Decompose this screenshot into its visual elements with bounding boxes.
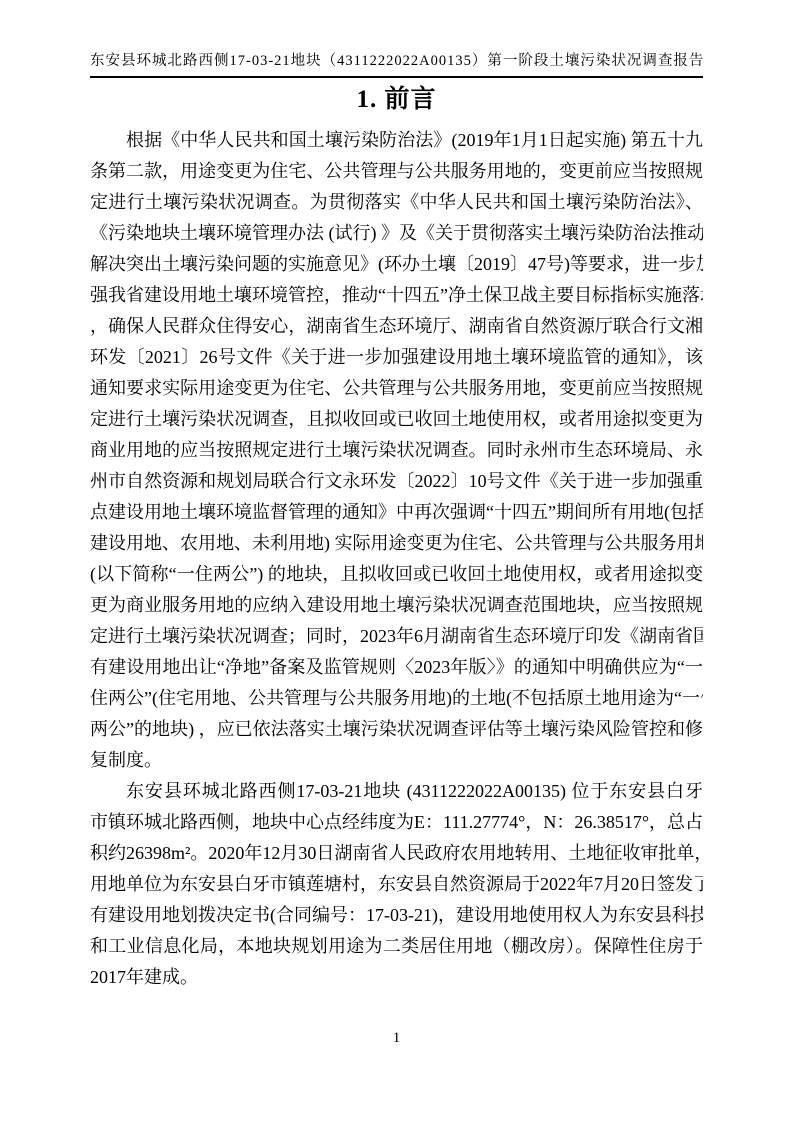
paragraph-1: 根据《中华人民共和国土壤污染防治法》(2019年1月1日起实施) 第五十九条第二… [90, 125, 703, 776]
text-line: 市镇环城北路西侧，地块中心点经纬度为E：111.27774°，N：26.3851… [90, 807, 703, 838]
text-line: 定进行土壤污染状况调查，且拟收回或已收回土地使用权，或者用途拟变更为 [90, 404, 703, 435]
text-line: 点建设用地土壤环境监督管理的通知》中再次强调“十四五”期间所有用地(包括 [90, 497, 703, 528]
text-line: 两公”的地块) ，应已依法落实土壤污染状况调查评估等土壤污染风险管控和修 [90, 714, 703, 745]
text-line: ，确保人民群众住得安心，湖南省生态环境厅、湖南省自然资源厅联合行文湘 [90, 311, 703, 342]
section-title: 1. 前言 [90, 84, 703, 116]
text-line: 定进行土壤污染状况调查。为贯彻落实《中华人民共和国土壤污染防治法》、 [90, 187, 703, 218]
text-line: 强我省建设用地土壤环境管控，推动“十四五”净土保卫战主要目标指标实施落地 [90, 280, 703, 311]
text-line: 有建设用地出让“净地”备案及监管规则〈2023年版〉》的通知中明确供应为“一 [90, 652, 703, 683]
document-page: 东安县环城北路西侧17-03-21地块（4311222022A00135）第一阶… [0, 0, 793, 1122]
text-line: 和工业信息化局，本地块规划用途为二类居住用地（棚改房）。保障性住房于 [90, 931, 703, 962]
text-line: 建设用地、农用地、未利用地) 实际用途变更为住宅、公共管理与公共服务用地 [90, 528, 703, 559]
paragraph-2: 东安县环城北路西侧17-03-21地块 (4311222022A00135) 位… [90, 776, 703, 993]
text-line: 《污染地块土壤环境管理办法 (试行) 》及《关于贯彻落实土壤污染防治法推动 [90, 218, 703, 249]
text-line: 有建设用地划拨决定书(合同编号：17-03-21)，建设用地使用权人为东安县科技 [90, 900, 703, 931]
text-line: 复制度。 [90, 745, 703, 776]
text-line: 条第二款，用途变更为住宅、公共管理与公共服务用地的，变更前应当按照规 [90, 156, 703, 187]
text-line: 积约26398m²。2020年12月30日湖南省人民政府农用地转用、土地征收审批… [90, 838, 703, 869]
text-line: 东安县环城北路西侧17-03-21地块 (4311222022A00135) 位… [90, 776, 703, 807]
text-line: 环发〔2021〕26号文件《关于进一步加强建设用地土壤环境监管的通知》，该 [90, 342, 703, 373]
text-line: 州市自然资源和规划局联合行文永环发〔2022〕10号文件《关于进一步加强重 [90, 466, 703, 497]
text-line: 根据《中华人民共和国土壤污染防治法》(2019年1月1日起实施) 第五十九 [90, 125, 703, 156]
text-line: 2017年建成。 [90, 962, 703, 993]
text-line: 用地单位为东安县白牙市镇莲塘村，东安县自然资源局于2022年7月20日签发了国 [90, 869, 703, 900]
report-header: 东安县环城北路西侧17-03-21地块（4311222022A00135）第一阶… [90, 50, 703, 78]
text-line: 定进行土壤污染状况调查；同时，2023年6月湖南省生态环境厅印发《湖南省国 [90, 621, 703, 652]
text-line: 更为商业服务用地的应纳入建设用地土壤污染状况调查范围地块，应当按照规 [90, 590, 703, 621]
text-line: 解决突出土壤污染问题的实施意见》(环办土壤〔2019〕47号)等要求，进一步加 [90, 249, 703, 280]
page-number: 1 [0, 1029, 793, 1047]
text-line: 住两公”(住宅用地、公共管理与公共服务用地)的土地(不包括原土地用途为“一住 [90, 683, 703, 714]
text-line: (以下简称“一住两公”) 的地块，且拟收回或已收回土地使用权，或者用途拟变 [90, 559, 703, 590]
text-line: 通知要求实际用途变更为住宅、公共管理与公共服务用地，变更前应当按照规 [90, 373, 703, 404]
text-line: 商业用地的应当按照规定进行土壤污染状况调查。同时永州市生态环境局、永 [90, 435, 703, 466]
body-text: 根据《中华人民共和国土壤污染防治法》(2019年1月1日起实施) 第五十九条第二… [90, 125, 703, 993]
